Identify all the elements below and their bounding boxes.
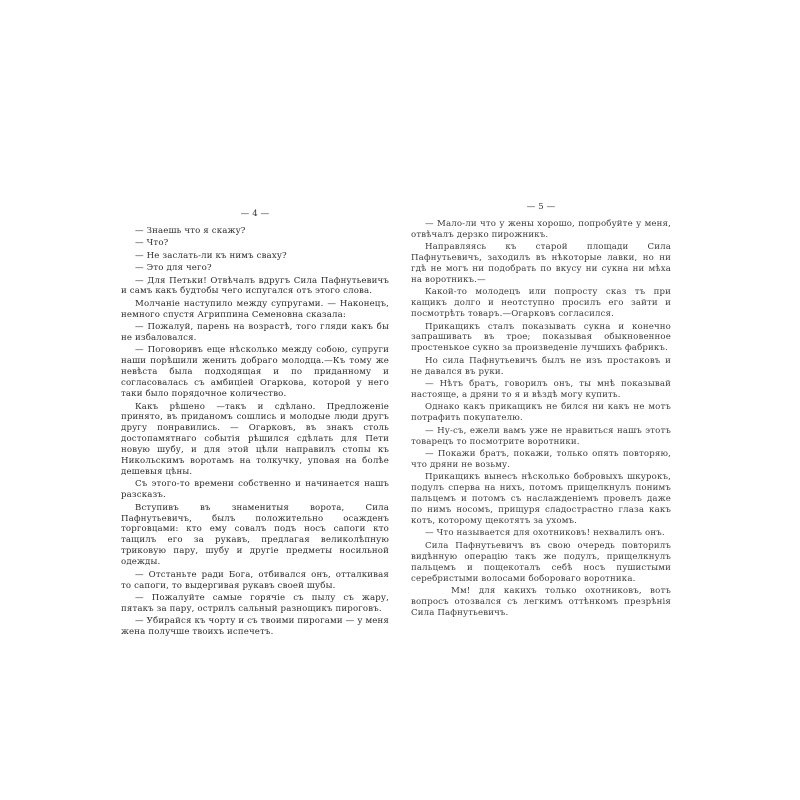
right-page: — 5 — — Мало-ли что у жены хорошо, попро… <box>411 202 671 619</box>
paragraph: — Пожалуйте самые горячiе съ пылу съ жар… <box>121 593 389 615</box>
paragraph: Мм! для какихъ только охотниковъ, вотъ в… <box>411 586 671 619</box>
paragraph: — Что? <box>121 238 389 249</box>
paragraph: Но сила Пафнутьевичъ былъ не изъ простак… <box>411 356 671 378</box>
paragraph: — Отстаньте ради Бога, отбивался онъ, от… <box>121 570 389 592</box>
left-page: — 4 — — Знаешь что я скажу?— Что?— Не за… <box>121 209 389 638</box>
paragraph: — Это для чего? <box>121 263 389 274</box>
paragraph: Прикащикъ сталъ показывать сукна и конеч… <box>411 322 671 355</box>
paragraph: Вступивъ въ знаменитыя ворота, Сила Пафн… <box>121 503 389 568</box>
left-page-body: — Знаешь что я скажу?— Что?— Не заслать-… <box>121 226 389 638</box>
paragraph: — Знаешь что я скажу? <box>121 226 389 237</box>
right-page-body: — Мало-ли что у жены хорошо, попробуйте … <box>411 219 671 619</box>
paragraph: — Пожалуй, парень на возрастѣ, того гляд… <box>121 322 389 344</box>
paragraph: Однако какъ прикащикъ не бился ни какъ н… <box>411 402 671 424</box>
paragraph: — Не заслать-ли къ нимъ сваху? <box>121 251 389 262</box>
page-number: — 4 — <box>121 209 389 220</box>
paragraph: Направляясь къ старой площади Сила Пафну… <box>411 242 671 286</box>
paragraph: Какой-то молодецъ или попросту сказ тъ п… <box>411 287 671 320</box>
page-number: — 5 — <box>411 202 671 213</box>
paragraph: Сила Пафнутьевичъ въ свою очередь повтор… <box>411 541 671 585</box>
paragraph: Съ этого-то времени собственно и начинае… <box>121 479 389 501</box>
paragraph: — Убирайся къ чорту и съ твоими пирогами… <box>121 616 389 638</box>
paragraph: — Для Петьки! Отвѣчалъ вдругъ Сила Пафну… <box>121 276 389 298</box>
paragraph: — Ну-съ, ежели вамъ уже не нравиться наш… <box>411 426 671 448</box>
paragraph: Какъ рѣшено —такъ и сдѣлано. Предложенiе… <box>121 402 389 478</box>
paragraph: — Нѣтъ братъ, говорилъ онъ, ты мнѣ показ… <box>411 379 671 401</box>
paragraph: — Что называется для охотниковъ! нехвали… <box>411 528 671 539</box>
paragraph: — Мало-ли что у жены хорошо, попробуйте … <box>411 219 671 241</box>
paragraph: Прикащикъ вынесъ нѣсколько бобровыхъ шку… <box>411 472 671 527</box>
paragraph: — Покажи братъ, покажи, только опять пов… <box>411 449 671 471</box>
paragraph: — Поговоривъ еще нѣсколько между собою, … <box>121 345 389 400</box>
paragraph: Молчанiе наступило между супругами. — На… <box>121 299 389 321</box>
